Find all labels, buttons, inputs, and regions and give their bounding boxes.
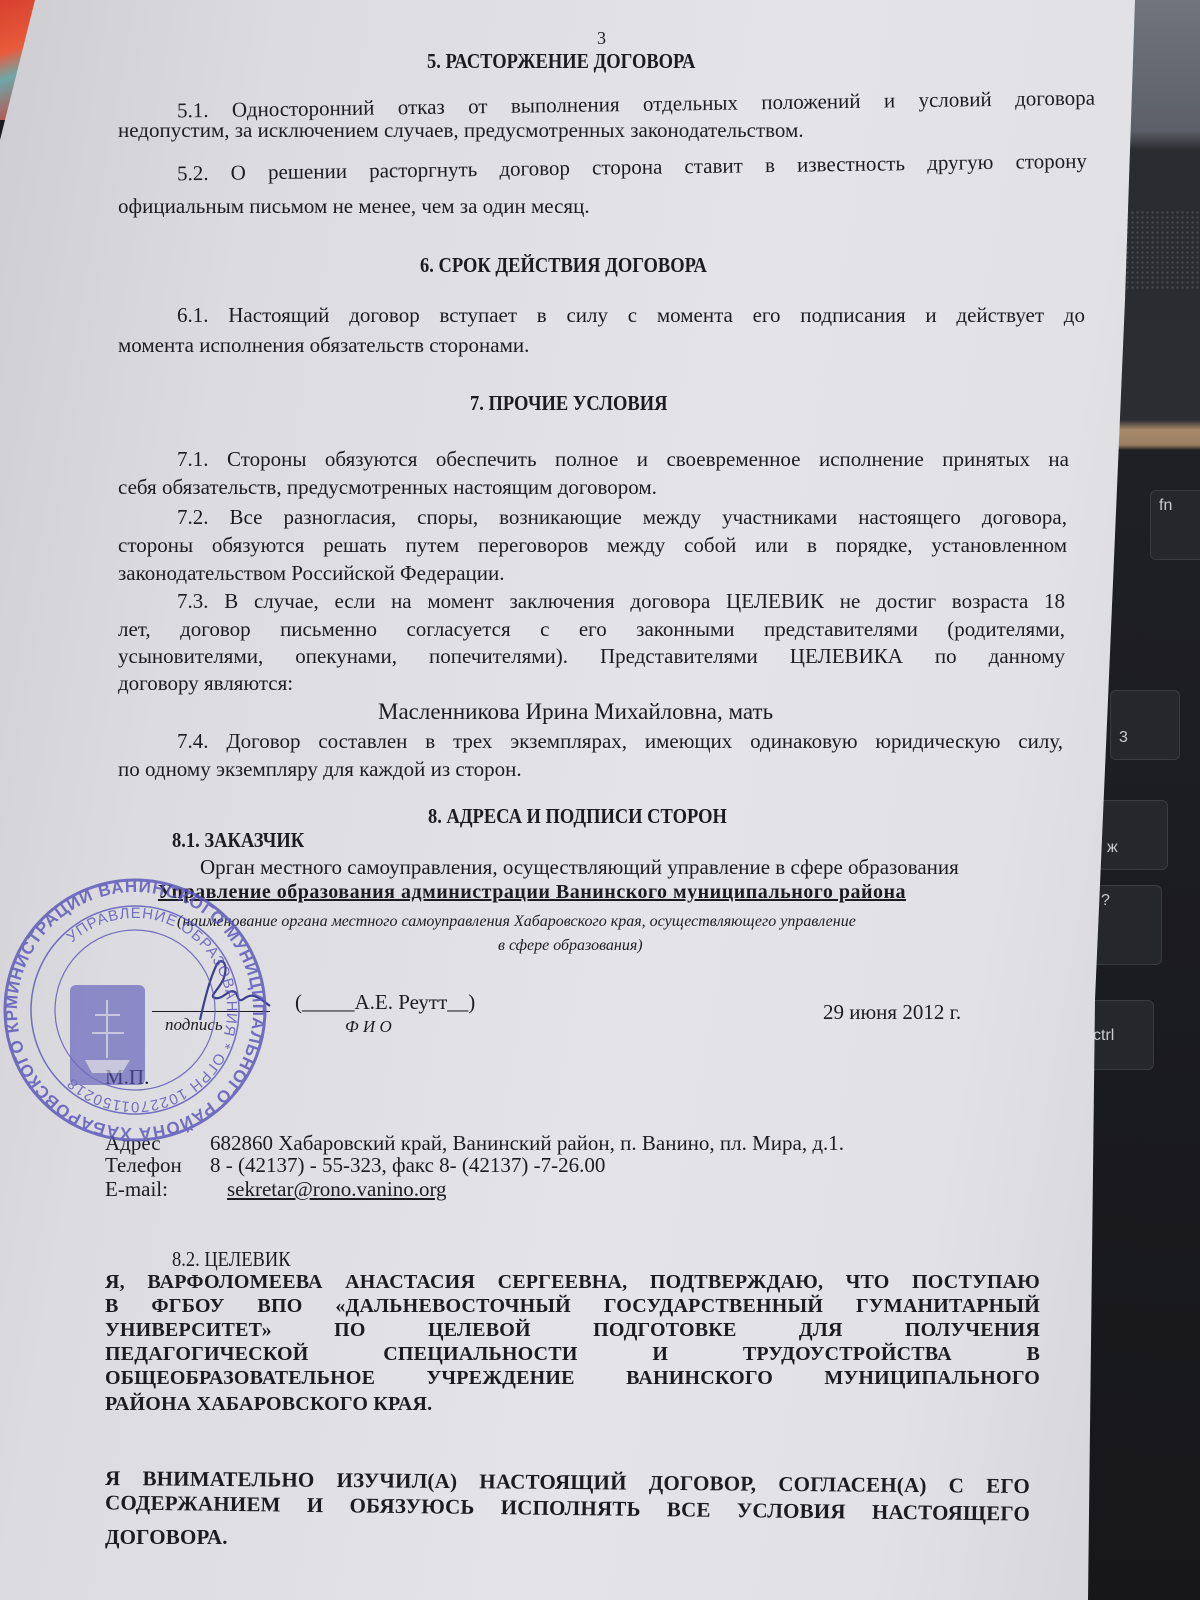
signing-date: 29 июня 2012 г. [823, 1000, 961, 1024]
student-statement-line-5: ОБЩЕОБРАЗОВАТЕЛЬНОЕ УЧРЕЖДЕНИЕ ВАНИНСКОГ… [105, 1366, 1040, 1390]
student-statement-line-2: В ФГБОУ ВПО «ДАЛЬНЕВОСТОЧНЫЙ ГОСУДАРСТВЕ… [105, 1294, 1040, 1318]
para-7-2-line-3: законодательством Российской Федерации. [118, 561, 504, 585]
representative-name: Масленникова Ирина Михайловна, мать [378, 700, 773, 724]
page-number: 3 [597, 26, 606, 50]
phone-value: 8 - (42137) - 55-323, факс 8- (42137) -7… [210, 1153, 605, 1177]
para-7-4-line-1: 7.4. Договор составлен в трех экземпляра… [177, 729, 1063, 753]
email-link[interactable]: sekretar@rono.vanino.org [227, 1177, 447, 1201]
contract-page: 3 5. РАСТОРЖЕНИЕ ДОГОВОРА 5.1. Односторо… [0, 0, 1120, 1600]
student-title: 8.2. ЦЕЛЕВИК [172, 1247, 291, 1271]
para-7-1-line-1: 7.1. Стороны обязуются обеспечить полное… [177, 447, 1069, 471]
para-5-2-line-1: 5.2. О решении расторгнуть договор сторо… [177, 149, 1087, 186]
para-5-2-line-2: официальным письмом не менее, чем за оди… [118, 194, 590, 218]
official-seal-stamp: АДМИНИСТРАЦИИ ВАНИНСКОГО МУНИЦИПАЛЬНОГО … [0, 875, 270, 1145]
fio-caption: Ф И О [345, 1015, 392, 1039]
phone-label: Телефон [105, 1153, 182, 1177]
student-statement-line-3: УНИВЕРСИТЕТ» ПО ЦЕЛЕВОЙ ПОДГОТОВКЕ ДЛЯ П… [105, 1318, 1040, 1342]
para-7-4-line-2: по одному экземпляру для каждой из сторо… [118, 757, 522, 781]
section-6-title: 6. СРОК ДЕЙСТВИЯ ДОГОВОРА [420, 253, 707, 277]
para-6-1-line-2: момента исполнения обязательств сторонам… [118, 333, 529, 357]
para-6-1-line-1: 6.1. Настоящий договор вступает в силу с… [177, 303, 1085, 327]
student-statement-line-1: Я, ВАРФОЛОМЕЕВА АНАСТАСИЯ СЕРГЕЕВНА, ПОД… [105, 1270, 1040, 1294]
para-7-3-line-2: лет, договор письменно согласуется с его… [118, 617, 1065, 641]
student-statement-line-6: РАЙОНА ХАБАРОВСКОГО КРАЯ. [105, 1392, 432, 1416]
keyboard-key-fn: fn [1150, 490, 1200, 560]
section-5-title: 5. РАСТОРЖЕНИЕ ДОГОВОРА [427, 49, 695, 73]
keyboard-key-3: 3 [1110, 690, 1180, 760]
section-8-title: 8. АДРЕСА И ПОДПИСИ СТОРОН [428, 804, 727, 828]
email-label: E-mail: [105, 1177, 168, 1201]
customer-org-name: Управление образования администрации Ван… [158, 880, 906, 904]
para-7-2-line-2: стороны обязуются решать путем переговор… [118, 533, 1067, 557]
para-5-1-line-1: 5.1. Односторонний отказ от выполнения о… [177, 86, 1095, 123]
customer-fio: (_____А.Е. Реутт__) [295, 990, 475, 1014]
customer-org-hint-1: (наименование органа местного самоуправл… [177, 910, 856, 934]
agreement-line-3: ДОГОВОРА. [105, 1525, 228, 1549]
customer-org-hint-2: в сфере образования) [498, 934, 643, 958]
section-7-title: 7. ПРОЧИЕ УСЛОВИЯ [470, 391, 667, 415]
para-7-3-line-3: усыновителями, опекунами, попечителями).… [118, 644, 1065, 668]
student-statement-line-4: ПЕДАГОГИЧЕСКОЙ СПЕЦИАЛЬНОСТИ И ТРУДОУСТР… [105, 1342, 1040, 1366]
address-value: 682860 Хабаровский край, Ванинский район… [210, 1131, 844, 1155]
para-7-2-line-1: 7.2. Все разногласия, споры, возникающие… [177, 505, 1067, 529]
customer-title: 8.1. ЗАКАЗЧИК [172, 828, 304, 852]
customer-org-description: Орган местного самоуправления, осуществл… [200, 855, 959, 879]
para-5-1-line-2: недопустим, за исключением случаев, пред… [118, 118, 804, 142]
para-7-3-line-4: договору являются: [118, 671, 293, 695]
para-7-1-line-2: себя обязательств, предусмотренных насто… [118, 475, 657, 499]
para-7-3-line-1: 7.3. В случае, если на момент заключения… [177, 589, 1065, 613]
